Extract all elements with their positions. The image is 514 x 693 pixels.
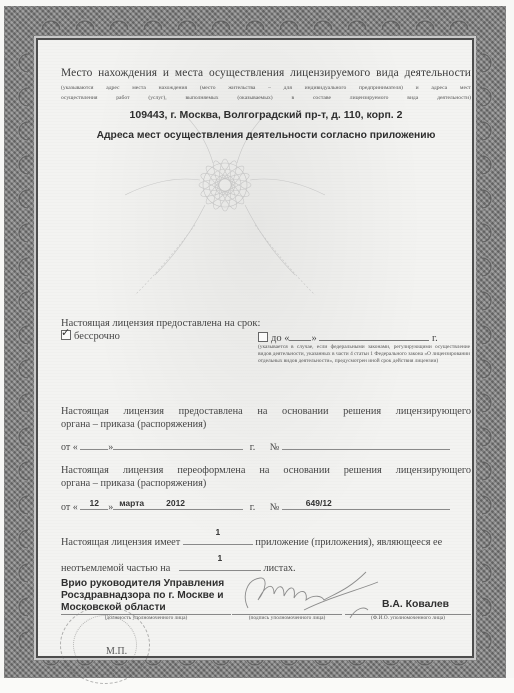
reissued-month-year-value: марта2012 <box>113 498 243 508</box>
granted-month-year-field[interactable] <box>113 438 243 450</box>
reissued-basis-line-2: органа – приказа (распоряжения) <box>61 478 206 489</box>
term-label: Настоящая лицензия предоставлена на срок… <box>61 318 260 329</box>
signatory-name: В.А. Ковалев <box>382 599 449 610</box>
reissued-month-value: марта <box>119 498 144 508</box>
reissued-number-value: 649/12 <box>282 498 450 508</box>
from-label: от <box>61 502 70 513</box>
document-content: Место нахождения и места осуществления л… <box>0 0 514 693</box>
year-suffix: г. <box>432 333 438 344</box>
location-note-line-2: осуществления работ (услуг), выполняемых… <box>61 94 471 102</box>
open-quote: « <box>73 442 78 453</box>
signatory-position: Врио руководителя Управления Росздравнад… <box>61 578 224 614</box>
term-option-indefinite-label: бессрочно <box>74 331 120 342</box>
granted-basis-line-1: Настоящая лицензия предоставлена на осно… <box>61 405 471 418</box>
term-until-day-field[interactable] <box>289 330 311 341</box>
granted-basis-date-line: от « » г. № <box>61 438 471 453</box>
checkbox-until-unchecked[interactable] <box>258 332 268 342</box>
signatory-position-line-2: Росздравнадзора по г. Москве и <box>61 590 224 602</box>
licensee-address: 109443, г. Москва, Волгоградский пр-т, д… <box>61 109 471 121</box>
signatory-position-line-1: Врио руководителя Управления <box>61 578 224 590</box>
number-label: № <box>270 442 280 453</box>
checkbox-indefinite-checked[interactable] <box>61 330 71 340</box>
appendix-count-field[interactable]: 1 <box>183 532 253 545</box>
year-suffix: г. <box>250 442 255 453</box>
granted-basis-line-2: органа – приказа (распоряжения) <box>61 419 206 430</box>
granted-number-field[interactable] <box>282 438 450 450</box>
term-until-month-year-field[interactable] <box>319 330 429 341</box>
granted-day-field[interactable] <box>80 438 108 450</box>
granted-basis-text: Настоящая лицензия предоставлена на осно… <box>61 405 471 431</box>
from-label: от <box>61 442 70 453</box>
location-note-line-1: (указываются адрес места нахождения (мес… <box>61 84 471 92</box>
signatory-position-line-3: Московской области <box>61 602 224 614</box>
reissued-basis-date-line: от « 12»марта2012 г. № 649/12 <box>61 498 471 513</box>
caption-name: (Ф.И.О. уполномоченного лица) <box>345 615 471 621</box>
number-label: № <box>270 502 280 513</box>
reissued-basis-text: Настоящая лицензия переоформлена на осно… <box>61 464 471 490</box>
seal-placeholder-label: М.П. <box>106 646 127 657</box>
term-note: (указывается в случае, если федеральными… <box>258 344 470 365</box>
caption-signature: (подпись уполномоченного лица) <box>232 615 342 621</box>
appendix-line-1-prefix: Настоящая лицензия имеет <box>61 537 180 548</box>
reissued-number-field[interactable]: 649/12 <box>282 498 450 510</box>
location-heading: Место нахождения и места осуществления л… <box>61 67 471 79</box>
reissued-month-year-field[interactable]: марта2012 <box>113 498 243 510</box>
term-option-until[interactable]: до «» г. <box>258 330 470 344</box>
caption-position: (должность уполномоченного лица) <box>61 615 231 621</box>
reissued-year-value: 2012 <box>166 498 185 508</box>
appendix-count-value: 1 <box>183 527 253 537</box>
activity-addresses-note: Адреса мест осуществления деятельности с… <box>61 130 471 141</box>
close-quote: » <box>311 333 316 344</box>
term-until-prefix: до <box>271 333 282 344</box>
reissued-basis-line-1: Настоящая лицензия переоформлена на осно… <box>61 464 471 477</box>
appendix-line-2-prefix: неотъемлемой частью на <box>61 563 170 574</box>
reissued-day-value: 12 <box>80 498 108 508</box>
appendix-line-1: Настоящая лицензия имеет 1 приложение (п… <box>61 532 471 548</box>
year-suffix: г. <box>250 502 255 513</box>
term-option-indefinite[interactable]: бессрочно <box>61 330 120 342</box>
reissued-day-field[interactable]: 12 <box>80 498 108 510</box>
open-quote: « <box>73 502 78 513</box>
appendix-line-1-suffix: приложение (приложения), являющееся ее <box>255 537 442 548</box>
